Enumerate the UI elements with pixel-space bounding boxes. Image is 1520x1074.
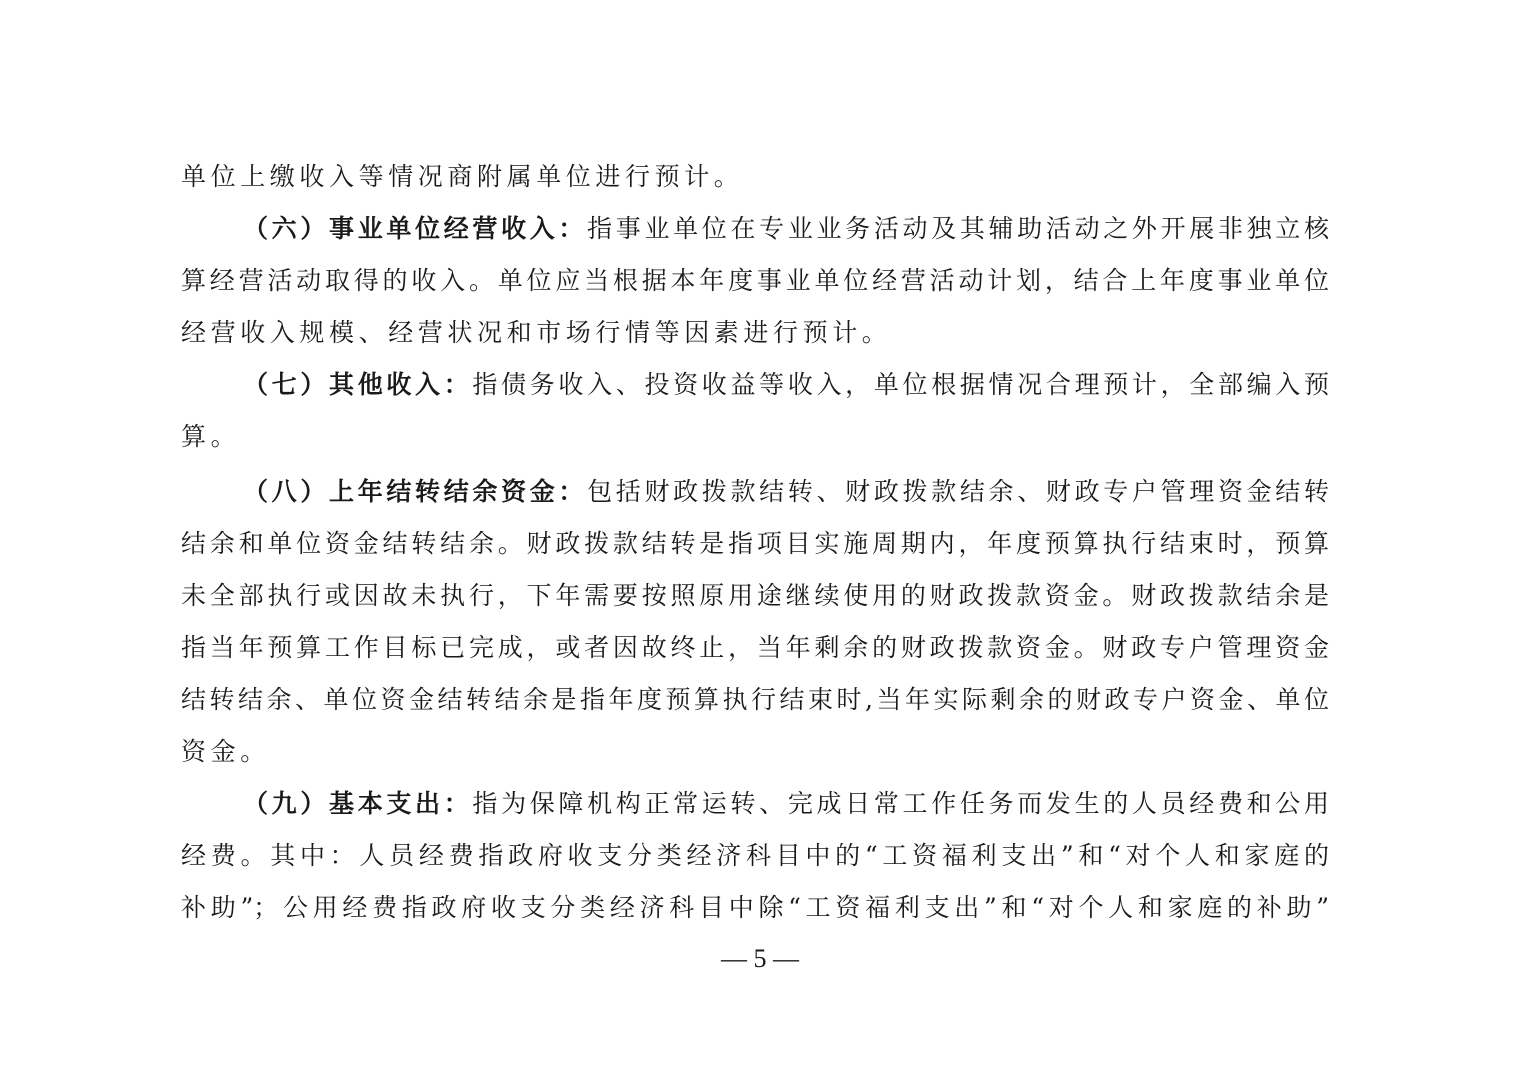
paragraph-line: 结余和单位资金结转结余。财政拨款结转是指项目实施周期内，年度预算执行结束时，预算 <box>181 524 1329 564</box>
section-heading-nine: （九）基本支出： <box>243 789 472 818</box>
line-text: 单位上缴收入等情况商附属单位进行预计。 <box>181 162 743 191</box>
paragraph-line: 结转结余、单位资金结转结余是指年度预算执行结束时,当年实际剩余的财政专户资金、单… <box>181 680 1329 720</box>
line-text: 结转结余、单位资金结转结余是指年度预算执行结束时,当年实际剩余的财政专户资金、单… <box>181 685 1329 714</box>
line-text: 包括财政拨款结转、财政拨款结余、财政专户管理资金结转 <box>587 477 1329 506</box>
line-text: 算。 <box>181 422 240 451</box>
paragraph-nine-first-line: （九）基本支出：指为保障机构正常运转、完成日常工作任务而发生的人员经费和公用 <box>243 784 1329 824</box>
paragraph-six-first-line: （六）事业单位经营收入：指事业单位在专业业务活动及其辅助活动之外开展非独立核 <box>243 209 1329 249</box>
line-text: 算经营活动取得的收入。单位应当根据本年度事业单位经营活动计划，结合上年度事业单位 <box>181 266 1329 295</box>
line-text: 指债务收入、投资收益等收入，单位根据情况合理预计，全部编入预 <box>472 370 1329 399</box>
section-heading-eight: （八）上年结转结余资金： <box>243 477 587 506</box>
document-page: 单位上缴收入等情况商附属单位进行预计。 （六）事业单位经营收入：指事业单位在专业… <box>0 0 1520 1074</box>
paragraph-line: 经费。其中：人员经费指政府收支分类经济科目中的“工资福利支出”和“对个人和家庭的 <box>181 836 1329 876</box>
line-text: 补助”；公用经费指政府收支分类经济科目中除“工资福利支出”和“对个人和家庭的补助… <box>181 893 1329 922</box>
section-heading-six: （六）事业单位经营收入： <box>243 214 587 243</box>
paragraph-line: 算。 <box>181 417 1329 457</box>
line-text: 结余和单位资金结转结余。财政拨款结转是指项目实施周期内，年度预算执行结束时，预算 <box>181 529 1329 558</box>
paragraph-line: 经营收入规模、经营状况和市场行情等因素进行预计。 <box>181 313 1329 353</box>
paragraph-line: 未全部执行或因故未执行，下年需要按照原用途继续使用的财政拨款资金。财政拨款结余是 <box>181 576 1329 616</box>
page-number: — 5 — <box>0 942 1520 976</box>
line-text: 经营收入规模、经营状况和市场行情等因素进行预计。 <box>181 318 891 347</box>
line-text: 指当年预算工作目标已完成，或者因故终止，当年剩余的财政拨款资金。财政专户管理资金 <box>181 633 1329 662</box>
section-heading-seven: （七）其他收入： <box>243 370 472 399</box>
line-text: 指为保障机构正常运转、完成日常工作任务而发生的人员经费和公用 <box>472 789 1329 818</box>
paragraph-eight-first-line: （八）上年结转结余资金：包括财政拨款结转、财政拨款结余、财政专户管理资金结转 <box>243 472 1329 512</box>
paragraph-line: 指当年预算工作目标已完成，或者因故终止，当年剩余的财政拨款资金。财政专户管理资金 <box>181 628 1329 668</box>
paragraph-seven-first-line: （七）其他收入：指债务收入、投资收益等收入，单位根据情况合理预计，全部编入预 <box>243 365 1329 405</box>
line-text: 指事业单位在专业业务活动及其辅助活动之外开展非独立核 <box>587 214 1329 243</box>
line-text: 经费。其中：人员经费指政府收支分类经济科目中的“工资福利支出”和“对个人和家庭的 <box>181 841 1329 870</box>
line-text: 未全部执行或因故未执行，下年需要按照原用途继续使用的财政拨款资金。财政拨款结余是 <box>181 581 1329 610</box>
paragraph-line: 资金。 <box>181 732 1329 772</box>
paragraph-line: 算经营活动取得的收入。单位应当根据本年度事业单位经营活动计划，结合上年度事业单位 <box>181 261 1329 301</box>
paragraph-line: 单位上缴收入等情况商附属单位进行预计。 <box>181 157 1329 197</box>
line-text: 资金。 <box>181 737 270 766</box>
paragraph-line: 补助”；公用经费指政府收支分类经济科目中除“工资福利支出”和“对个人和家庭的补助… <box>181 888 1329 928</box>
